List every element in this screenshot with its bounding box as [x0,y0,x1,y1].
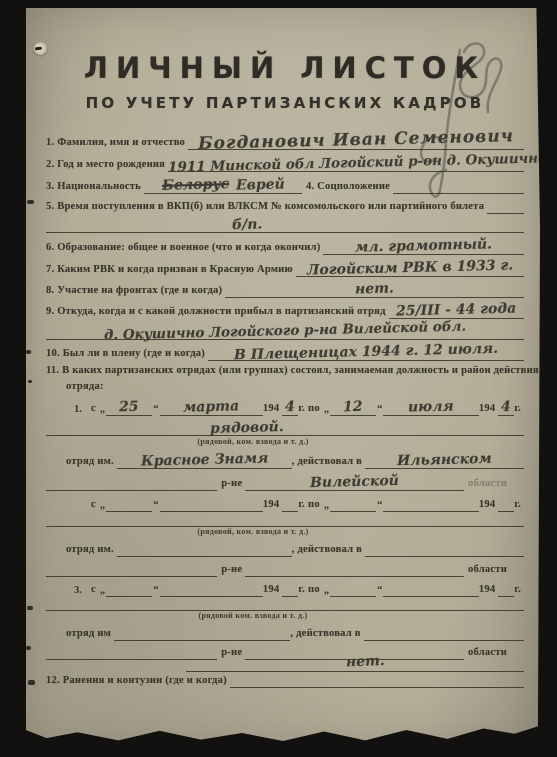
block-number: 1. [74,404,91,416]
handwritten-position: рядовой. [210,420,284,436]
fill-line [106,596,152,597]
printed-quote: „ [99,404,106,416]
field-row-arrival: 9. Откуда, когда и с какой должности при… [46,298,524,319]
fill-line: б/п. [46,214,524,233]
handwritten-arrival-place: д. Окушично Логойского р-на Вилейской об… [104,320,466,343]
printed-quote: “ [376,404,383,416]
handwritten-year: 4 [285,400,295,414]
fill-line: нет. [186,653,524,672]
fill-line [383,511,478,512]
printed-token: области [464,477,510,491]
printed-token: отряд им. [66,455,117,469]
field-label: 8. Участие на фронтах (где и когда) [46,284,225,298]
printed-token: 194 [263,402,283,416]
printed-token: г. [298,583,308,597]
form-content: ЛИЧНЫЙ ЛИСТОК ПО УЧЕТУ ПАРТИЗАНСКИХ КАДР… [26,8,540,744]
field-label: 12. Ранения и контузии (где и когда) [46,674,230,688]
field-label: 10. Был ли в плену (где и когда) [46,347,208,361]
service-block-position [46,512,524,527]
printed-token: отряд им. [66,543,117,557]
field-row-surname: 1. Фамилия, имя и отчество Богданович Ив… [46,128,524,150]
printed-token: 194 [263,498,283,512]
handwritten-rvk: Логойским РВК в 1933 г. [307,258,513,277]
service-block-region: р-не области [46,557,524,577]
printed-token: , действовал в [292,455,365,469]
handwritten-struck-nationality: Белорус [161,177,228,193]
fill-line [498,596,514,597]
service-block-dates: 1. с„ 25 “ марта 194 4 г. по„ 12 “ июля … [74,394,524,416]
printed-quote: „ [323,404,330,416]
service-block-dates: 3. с„ “ 194 г. по„ “ 194 г. [74,577,524,597]
page-subtitle: ПО УЧЕТУ ПАРТИЗАНСКИХ КАДРОВ [46,93,524,113]
service-block-dates: с„ “ 194 г. по„ “ 194 г. [74,491,524,512]
handwritten-education: мл. грамотный. [355,237,492,254]
fill-line: 12 [330,397,376,416]
fill-line [365,556,524,557]
printed-quote: “ [376,585,383,597]
printed-token: г. [514,498,524,512]
handwritten-acted-place: Ильянском [397,452,492,468]
field-label: 2. Год и место рождения [46,158,168,172]
fill-line [46,576,217,577]
printed-token: 194 [479,498,499,512]
service-block-region: р-не Вилейской области [46,469,524,491]
fill-line [46,490,217,491]
printed-quote: “ [152,585,159,597]
fill-line: д. Окушично Логойского р-на Вилейской об… [46,321,524,340]
printed-token: г. [298,402,308,416]
printed-token: , действовал в [290,627,363,641]
fill-line [230,687,524,688]
printed-quote: “ [376,500,383,512]
block-number [74,511,91,512]
fill-line: марта [160,397,263,416]
fill-line: Ильянском [365,450,524,469]
fill-line: июля [383,397,478,416]
printed-quote: “ [152,500,159,512]
service-block-caption: (рядовой, ком. взвода и т. д.) [46,527,524,537]
fill-line: В Плещеницах 1944 г. 12 июля. [208,342,524,361]
handwritten-otryad-name: Красное Знамя [141,451,269,468]
printed-token: р-не [217,477,245,491]
service-block-caption: (рядовой ком. взвода и т. д.) [46,611,524,621]
printed-token: по [308,498,323,512]
service-block-otryad: отряд им. Красное Знамя , действовал в И… [66,447,524,469]
handwritten-name: Богданович Иван Семенович [198,129,514,151]
field-label: 6. Образование: общее и военное (что и к… [46,241,323,255]
fill-line [330,596,376,597]
printed-token: по [308,583,323,597]
printed-token: г. [514,402,524,416]
field-row-captivity: 10. Был ли в плену (где и когда) В Плеще… [46,340,524,361]
field-row-party-answer: б/п. [46,214,524,233]
handwritten-wounds: нет. [345,654,384,669]
fill-line: 4 [498,397,514,416]
field-row-fronts: 8. Участие на фронтах (где и когда) нет. [46,277,524,298]
printed-quote: „ [323,500,330,512]
page-title: ЛИЧНЫЙ ЛИСТОК [46,50,524,88]
field-row-nationality: 3. Национальность БелорусЕврей 4. Соцпол… [46,172,524,194]
handwritten-year: 4 [501,400,511,414]
fill-line [330,511,376,512]
service-block-position: рядовой. [46,416,524,436]
printed-token: с [91,402,99,416]
block-number: 3. [74,585,91,597]
field-label: 11. В каких партизанских отрядах (или гр… [46,364,542,378]
printed-quote: „ [99,500,106,512]
printed-token: г. [514,583,524,597]
fill-line [393,175,524,194]
fill-line [282,511,298,512]
fill-line: рядовой. [46,417,524,436]
handwritten-nationality: Еврей [236,177,285,192]
service-block-otryad: отряд им. , действовал в [66,537,524,557]
field-label: 4. Соцположение [302,180,393,194]
fill-line [114,640,290,641]
service-block-position [46,597,524,611]
fill-line [117,556,292,557]
fill-line [364,640,524,641]
fill-line [383,596,478,597]
printed-token: 194 [479,402,499,416]
fill-line: мл. грамотный. [323,236,524,255]
position-caption: (рядовой, ком. взвода и т. д.) [14,527,492,537]
fill-line: Вилейской [245,472,464,491]
field-label: 5. Время поступления в ВКП(б) или ВЛКСМ … [46,200,487,214]
printed-token: 194 [263,583,283,597]
handwritten-day: 25 [119,400,139,414]
fill-line: Красное Знамя [117,450,292,469]
printed-quote: „ [323,585,330,597]
form-body: 1. Фамилия, имя и отчество Богданович Ив… [46,128,524,688]
document-page: ЛИЧНЫЙ ЛИСТОК ПО УЧЕТУ ПАРТИЗАНСКИХ КАДР… [26,8,540,744]
handwritten-month: июля [408,399,454,414]
field-label: 9. Откуда, когда и с какой должности при… [46,305,389,319]
fill-line: Богданович Иван Семенович [188,131,524,150]
field-row-education: 6. Образование: общее и военное (что и к… [46,233,524,255]
handwritten-party: б/п. [232,218,263,233]
printed-quote: “ [152,404,159,416]
printed-token: отряд им [66,627,114,641]
field-row-party: 5. Время поступления в ВКП(б) или ВЛКСМ … [46,194,524,214]
printed-token: р-не [217,563,245,577]
service-block-otryad: отряд им , действовал в [66,621,524,641]
handwritten-fronts: нет. [355,282,394,297]
handwritten-month: марта [183,399,239,414]
fill-line [106,511,152,512]
printed-token: , действовал в [292,543,365,557]
field-label: 7. Каким РВК и когда призван в Красную А… [46,263,296,277]
field-row-wounds-answer: нет. [46,660,524,672]
handwritten-day: 12 [343,400,363,414]
fill-line [498,511,514,512]
handwritten-captivity: В Плещеницах 1944 г. 12 июля. [234,342,498,362]
field-label: отряда: [66,380,107,394]
field-label: 1. Фамилия, имя и отчество [46,136,188,150]
handwritten-arrival-date: 25/III - 44 года [396,302,516,319]
handwritten-region: Вилейской [310,474,399,490]
printed-token: с [91,583,99,597]
field-row-rvk: 7. Каким РВК и когда призван в Красную А… [46,255,524,277]
fill-line: Логойским РВК в 1933 г. [296,258,524,277]
fill-line [160,511,263,512]
printed-token: по [308,402,323,416]
position-caption: (рядовой, ком. взвода и т. д.) [14,437,492,447]
fill-line [245,576,464,577]
fill-line [282,596,298,597]
fill-line: 1911 Минской обл Логойский р-он д. Окуши… [168,153,524,172]
fill-line: нет. [225,279,524,298]
fill-line: 25/III - 44 года [389,300,524,319]
fill-line: БелорусЕврей [144,175,302,194]
field-row-birth: 2. Год и место рождения 1911 Минской обл… [46,150,524,172]
field-label: 3. Национальность [46,180,144,194]
field-row-units-header2: отряда: [46,378,524,394]
field-row-wounds: 12. Ранения и контузии (где и когда) [46,672,524,688]
service-block-caption: (рядовой, ком. взвода и т. д.) [46,436,524,447]
printed-token: 194 [479,583,499,597]
position-caption: (рядовой ком. взвода и т. д.) [14,611,492,621]
printed-token: с [91,498,99,512]
fill-line: 25 [106,397,152,416]
field-row-units-header: 11. В каких партизанских отрядах (или гр… [46,361,524,378]
printed-token: г. [298,498,308,512]
fill-line [160,596,263,597]
field-row-arrival-place: д. Окушично Логойского р-на Вилейской об… [46,319,524,340]
printed-token: области [464,563,510,577]
fill-line: 4 [282,397,298,416]
printed-quote: „ [99,585,106,597]
handwritten-birth: 1911 Минской обл Логойский р-он д. Окуши… [168,151,547,174]
